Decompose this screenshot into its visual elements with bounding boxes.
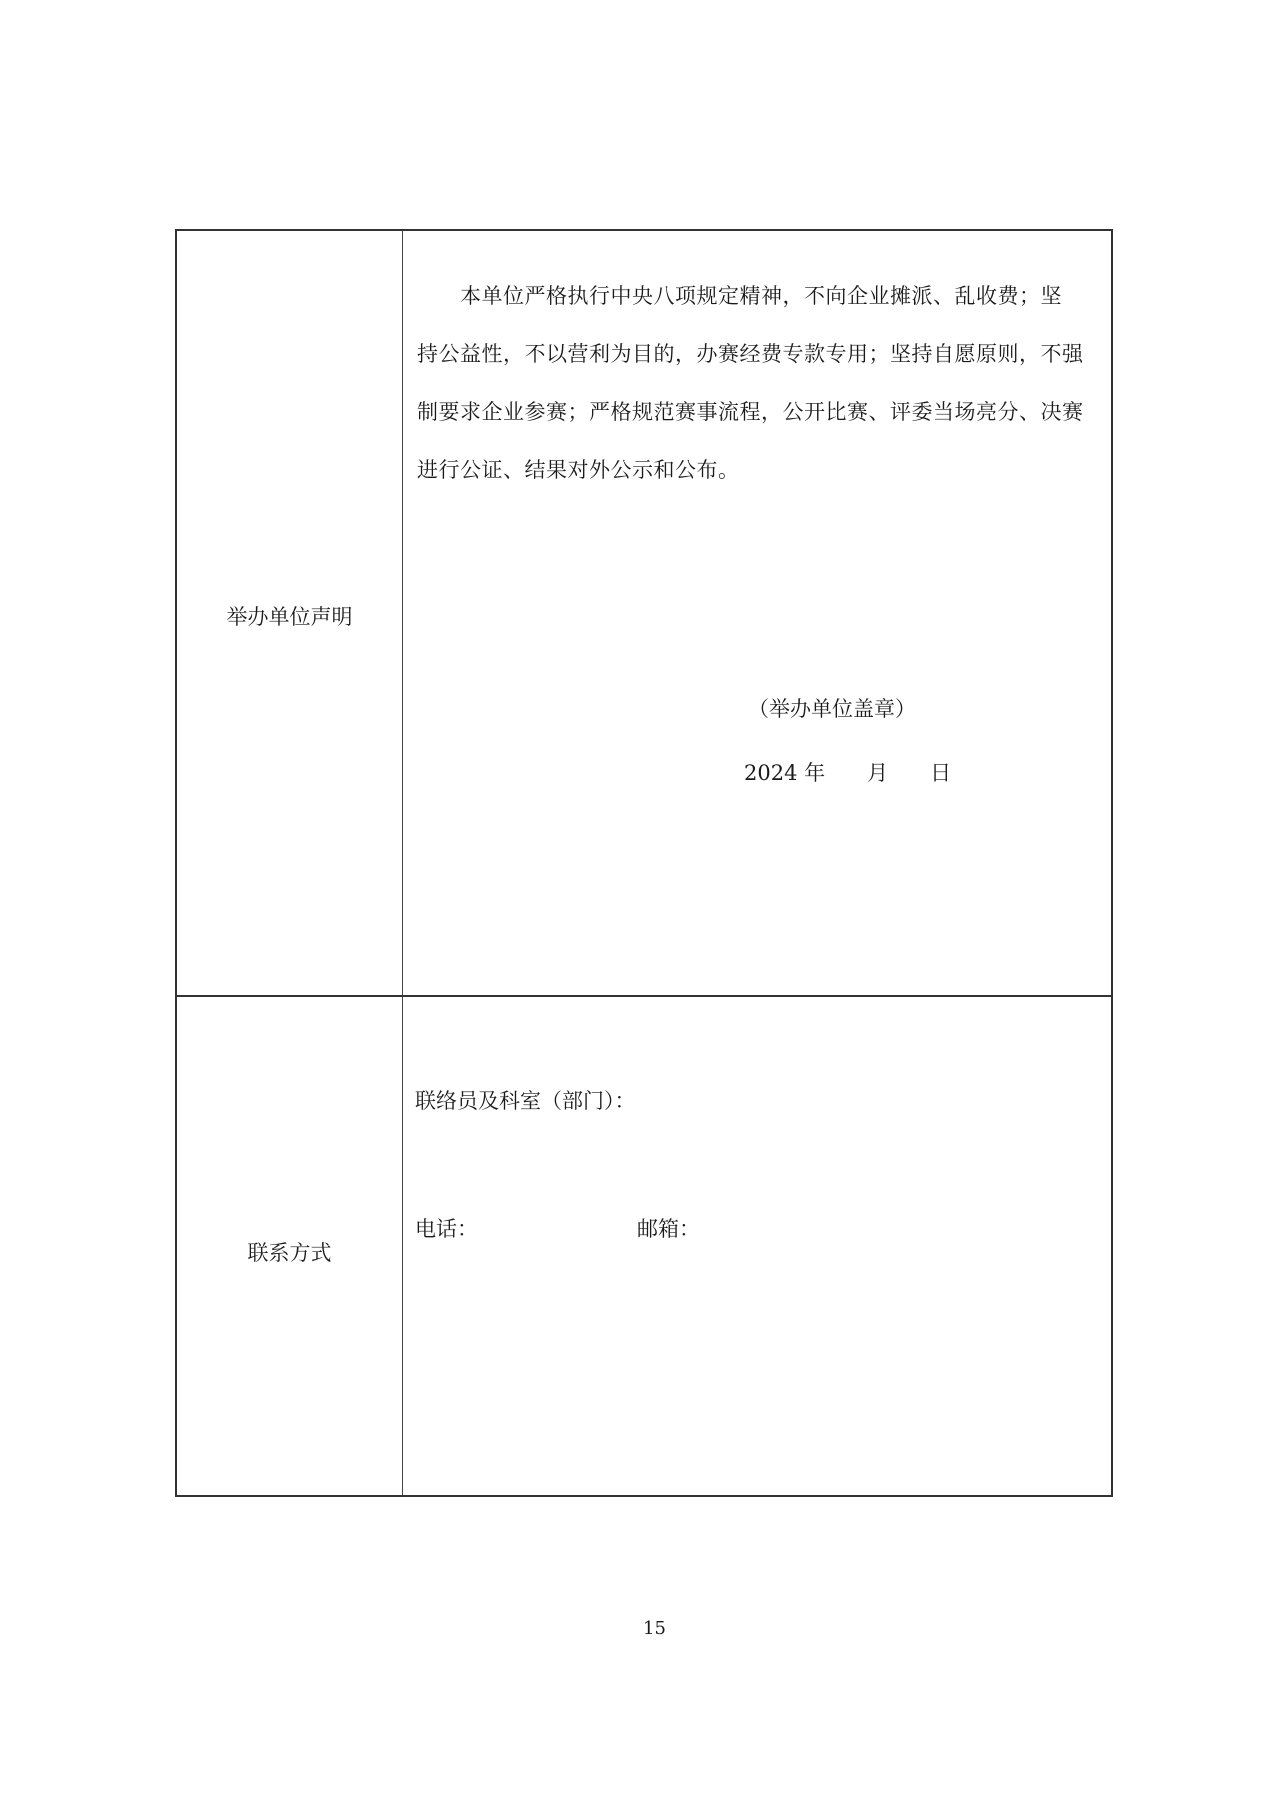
label-contact: 联系方式: [177, 1237, 402, 1267]
phone-field: 电话：: [415, 1213, 478, 1243]
row-divider: [177, 995, 1111, 997]
page-number: 15: [643, 1618, 666, 1639]
declaration-line: 本单位严格执行中央八项规定精神，不向企业摊派、乱收费；坚: [417, 267, 1097, 325]
declaration-line: 制要求企业参赛；严格规范赛事流程，公开比赛、评委当场亮分、决赛: [417, 383, 1097, 441]
declaration-text: 本单位严格执行中央八项规定精神，不向企业摊派、乱收费；坚 持公益性，不以营利为目…: [417, 267, 1097, 499]
seal-placeholder: （举办单位盖章）: [748, 693, 916, 723]
email-field: 邮箱：: [637, 1213, 700, 1243]
column-divider: [402, 231, 403, 1495]
label-organizer-declaration: 举办单位声明: [177, 601, 402, 631]
declaration-line: 进行公证、结果对外公示和公布。: [417, 441, 1097, 499]
contact-person-field: 联络员及科室（部门）：: [415, 1085, 636, 1115]
declaration-line: 持公益性，不以营利为目的，办赛经费专款专用；坚持自愿原则，不强: [417, 325, 1097, 383]
date-line: 2024 年 月 日: [744, 757, 951, 787]
declaration-table: 举办单位声明 本单位严格执行中央八项规定精神，不向企业摊派、乱收费；坚 持公益性…: [175, 229, 1113, 1497]
